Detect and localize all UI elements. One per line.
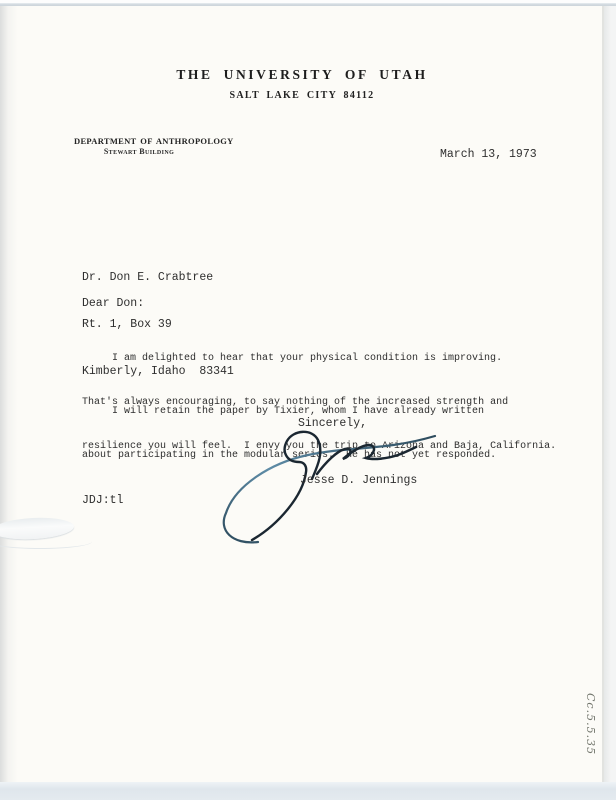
- typist-initials: JDJ:tl: [82, 493, 123, 509]
- scanned-letter-page: THE UNIVERSITY OF UTAH SALT LAKE CITY 84…: [0, 0, 616, 800]
- typed-signature-name: Jesse D. Jennings: [300, 473, 417, 489]
- letterhead-city-zip: SALT LAKE CITY 84112: [0, 90, 604, 101]
- handwritten-signature: [216, 427, 442, 551]
- salutation: Dear Don:: [82, 296, 144, 312]
- paper-left-shadow: [0, 6, 18, 782]
- paper-crease-line: [0, 534, 92, 549]
- letterhead-department: DEPARTMENT OF ANTHROPOLOGY: [74, 136, 204, 146]
- signature-ess-stroke: [317, 445, 416, 474]
- letterhead-university: THE UNIVERSITY OF UTAH: [0, 67, 604, 83]
- recipient-name: Dr. Don E. Crabtree: [82, 270, 234, 286]
- scan-edge-right: [603, 6, 616, 782]
- body-line: I am delighted to hear that your physica…: [82, 352, 556, 367]
- letter-paper: THE UNIVERSITY OF UTAH SALT LAKE CITY 84…: [0, 6, 604, 782]
- letterhead-building: Stewart Building: [74, 147, 204, 156]
- catalog-number-pencil: Cc.5.5.35: [584, 693, 597, 755]
- body-line: I will retain the paper by Tixier, whom …: [82, 405, 496, 420]
- letter-date: March 13, 1973: [440, 147, 537, 163]
- paper-right-edge: [602, 6, 604, 782]
- scan-edge-bottom: [0, 782, 616, 800]
